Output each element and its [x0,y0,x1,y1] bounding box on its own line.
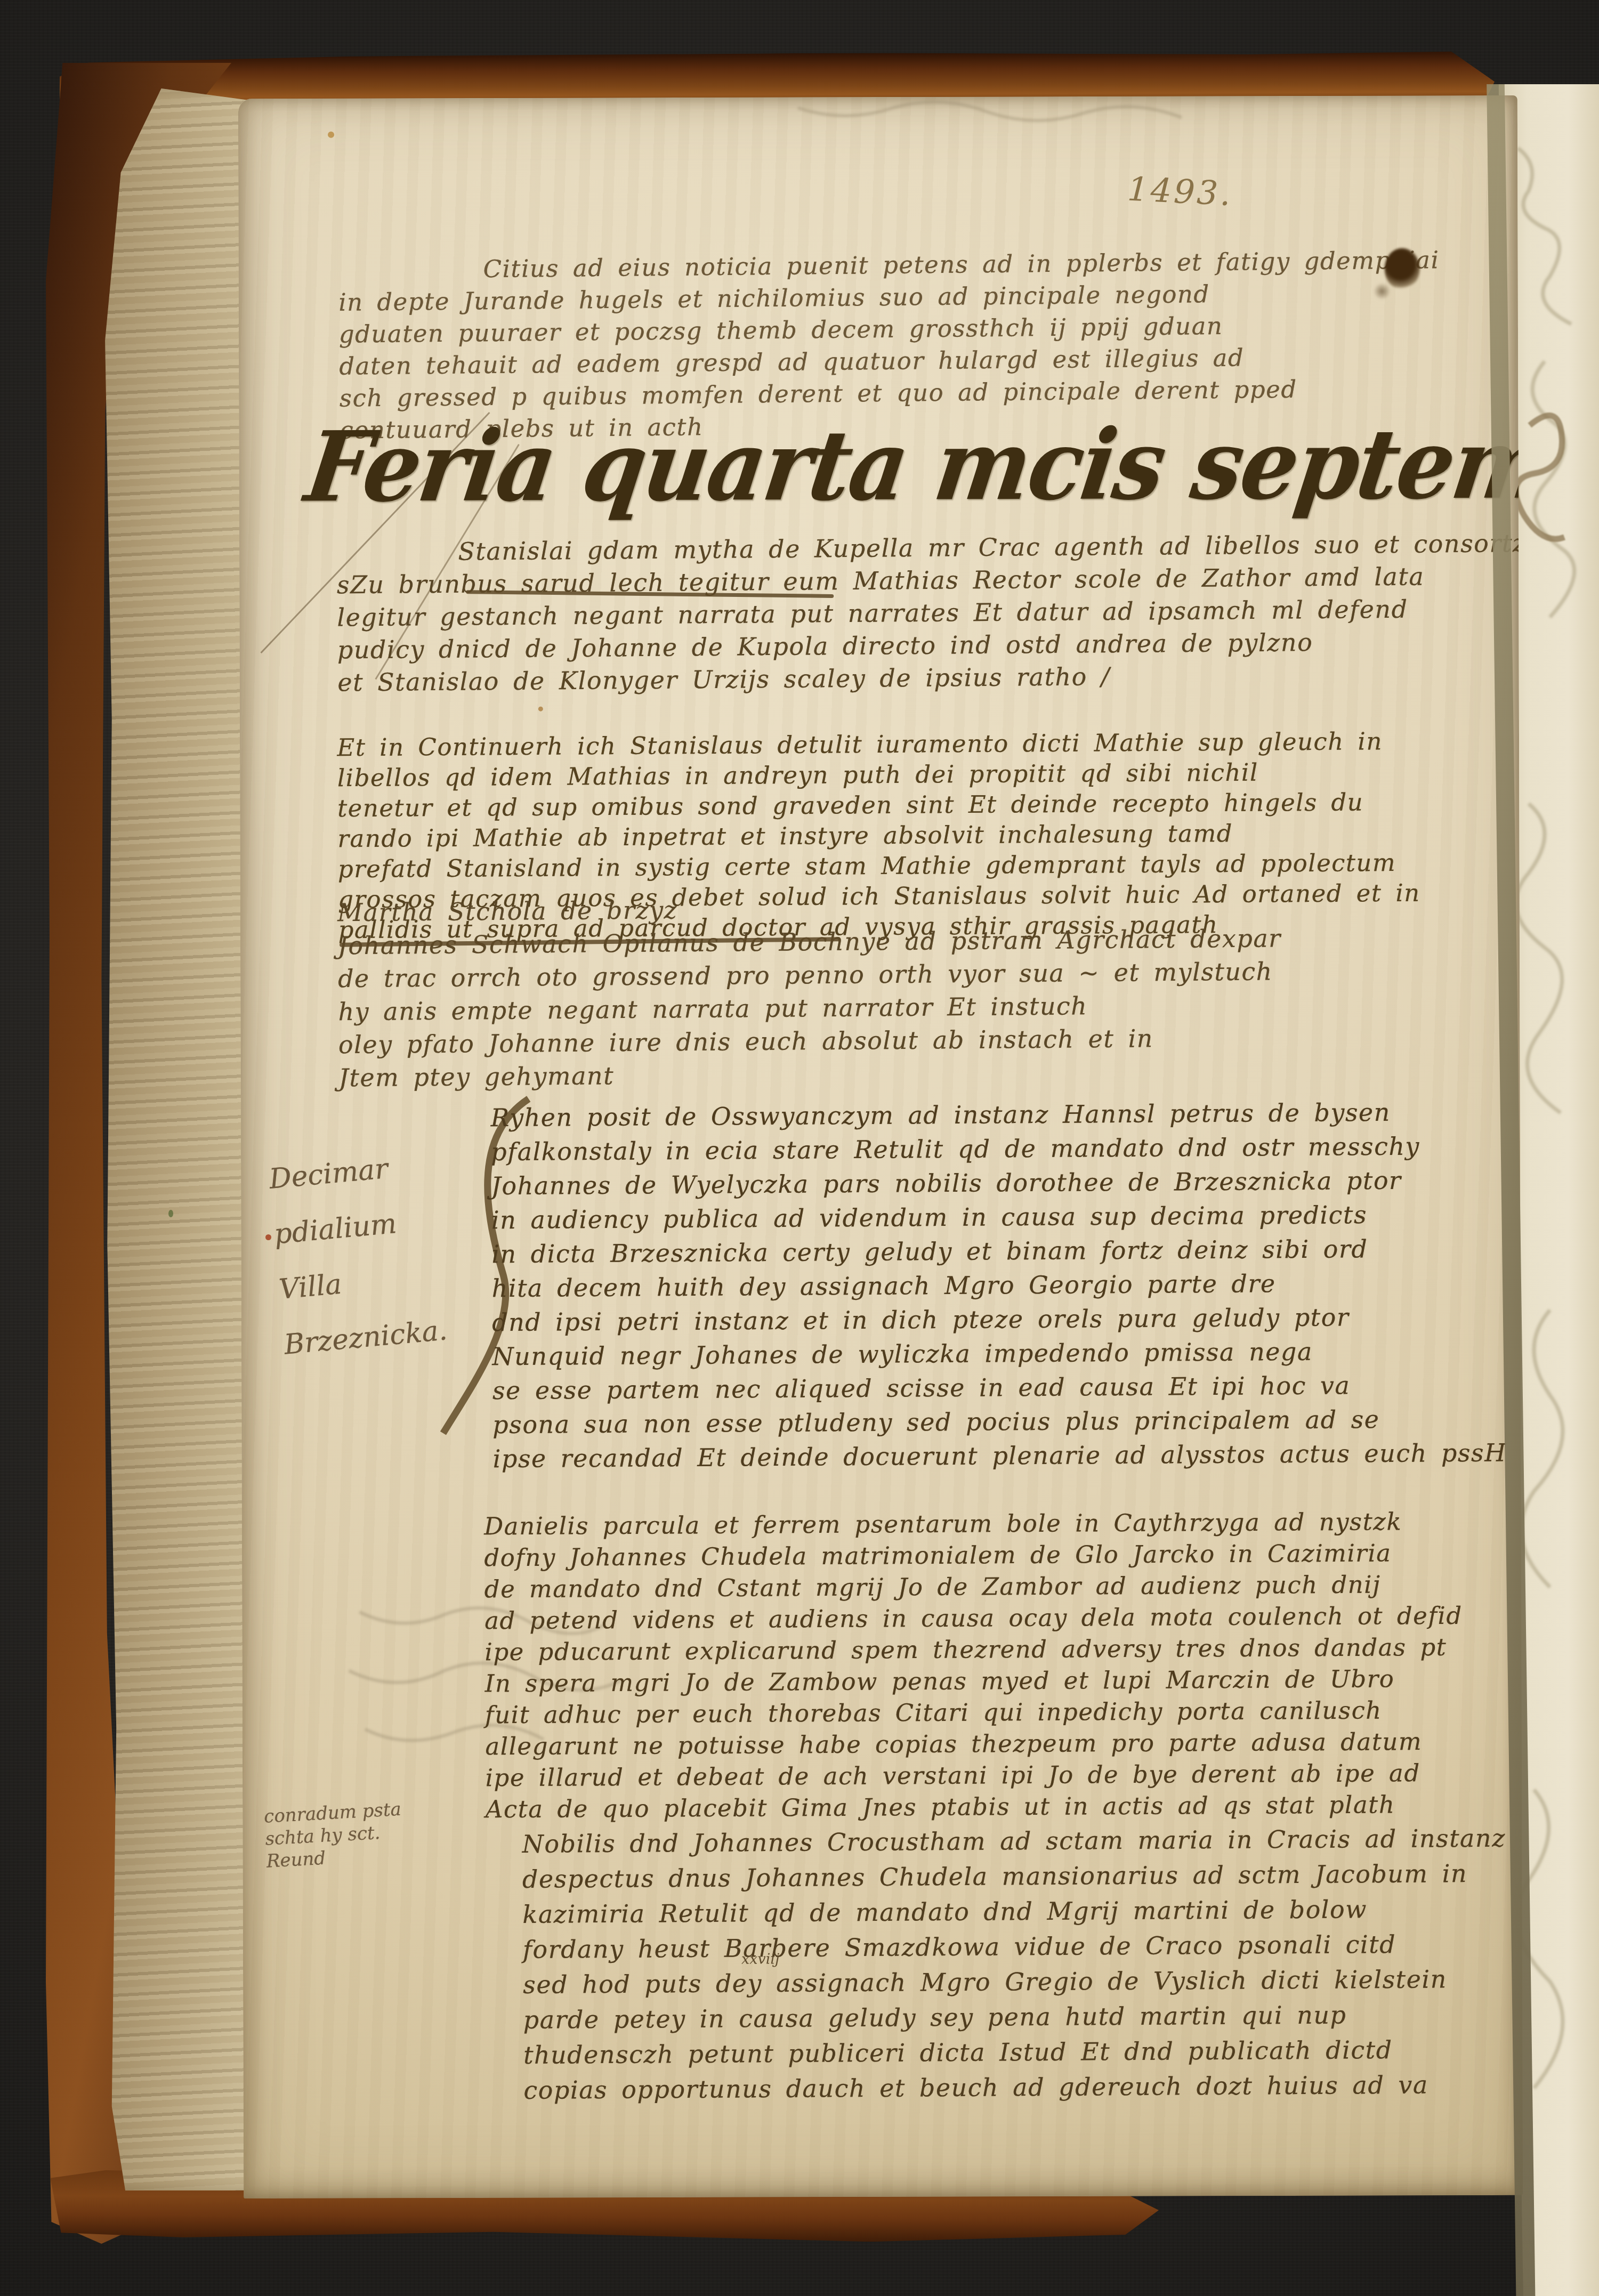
manuscript-line: copias opportunus dauch et beuch ad gder… [523,2067,1507,2108]
manuscript-line: se esse partem nec aliqued scisse in ead… [492,1368,1506,1408]
manuscript-page: 1493. Citius ad eius noticia puenit pete… [238,95,1523,2198]
paper-speck [538,707,543,712]
manuscript-photo: 1493. Citius ad eius noticia puenit pete… [0,0,1599,2296]
manuscript-line: hita decem huith dey assignach Mgro Geor… [492,1265,1506,1306]
manuscript-line: Acta de quo placebit Gima Jnes ptabis ut… [486,1789,1464,1825]
manuscript-line: de mandato dnd Cstant mgrij Jo de Zambor… [484,1569,1463,1605]
manuscript-line: despectus dnus Johannes Chudela mansiona… [522,1856,1506,1897]
manuscript-line: psona sua non esse ptludeny sed pocius p… [492,1402,1506,1442]
interlinear-insertion: xxviij [741,1951,779,1968]
manuscript-line: in dicta Brzesznicka certy geludy et bin… [491,1231,1505,1272]
manuscript-line: kazimiria Retulit qd de mandato dnd Mgri… [522,1891,1506,1932]
manuscript-line: fuit adhuc per euch thorebas Citari qui … [485,1694,1463,1731]
paper-speck [328,132,334,138]
manuscript-line: parde petey in causa geludy sey pena hut… [523,1996,1507,2038]
ink-blot-stain [1373,283,1391,299]
red-speck [265,1234,271,1240]
year-heading: 1493. [1127,169,1234,214]
manuscript-line: ipe pducarunt explicarund spem thezrend … [484,1631,1463,1668]
manuscript-line: ipse recandad Et deinde docuerunt plenar… [492,1436,1506,1476]
manuscript-line: ipe illarud et debeat de ach verstani ip… [485,1757,1463,1794]
manuscript-line: in audiency publica ad videndum in causa… [491,1197,1505,1238]
manuscript-line: ad petend videns et audiens in causa oca… [484,1600,1463,1637]
manuscript-line: pfalkonstaly in ecia stare Retulit qd de… [491,1129,1505,1169]
paragraph-block-6: Danielis parcula et ferrem psentarum bol… [484,1506,1464,1825]
green-fiber-speck [168,1210,173,1217]
paragraph-block-7: Nobilis dnd Johannes Crocustham ad sctam… [522,1821,1507,2108]
manuscript-line: fordany heust Barbere Smazdkowa vidue de… [523,1926,1507,1967]
margin-note-conradum: conradum pstaschta hy sct.Reund [263,1798,404,1873]
margin-note-decimarum: DecimarpdialiumVillaBrzeznicka. [266,1137,449,1373]
manuscript-line: Nobilis dnd Johannes Crocustham ad sctam… [522,1821,1506,1862]
manuscript-line: Nunquid negr Johanes de wyliczka impeden… [492,1333,1506,1374]
manuscript-line: In spera mgri Jo de Zambow penas myed et… [485,1663,1463,1700]
manuscript-line: allegarunt ne potuisse habe copias thezp… [485,1726,1463,1763]
manuscript-line: Johannes de Wyelyczka pars nobilis dorot… [491,1163,1505,1203]
section-heading: Feria quarta mcis septembris [300,406,1523,524]
ink-blot-stain [1385,248,1420,289]
paragraph-block-4: Martha Stchola de brzyzJohannes Schwach … [337,888,1282,1094]
manuscript-line: dnd ipsi petri instanz et in dich pteze … [492,1299,1506,1340]
manuscript-line: Ryhen posit de Osswyanczym ad instanz Ha… [491,1095,1505,1135]
manuscript-line: thudensczh petunt publiceri dicta Istud … [523,2032,1507,2073]
paragraph-block-5: Ryhen posit de Osswyanczym ad instanz Ha… [491,1095,1507,1476]
manuscript-line: sed hod puts dey assignach Mgro Gregio d… [523,1961,1507,2002]
manuscript-line: dofny Johannes Chudela matrimonialem de … [484,1537,1462,1574]
ink-flourish-on-facing-page [1516,416,1564,539]
manuscript-line: Danielis parcula et ferrem psentarum bol… [484,1506,1462,1542]
paragraph-block-2: Stanislai gdam mytha de Kupella mr Crac … [336,527,1523,699]
